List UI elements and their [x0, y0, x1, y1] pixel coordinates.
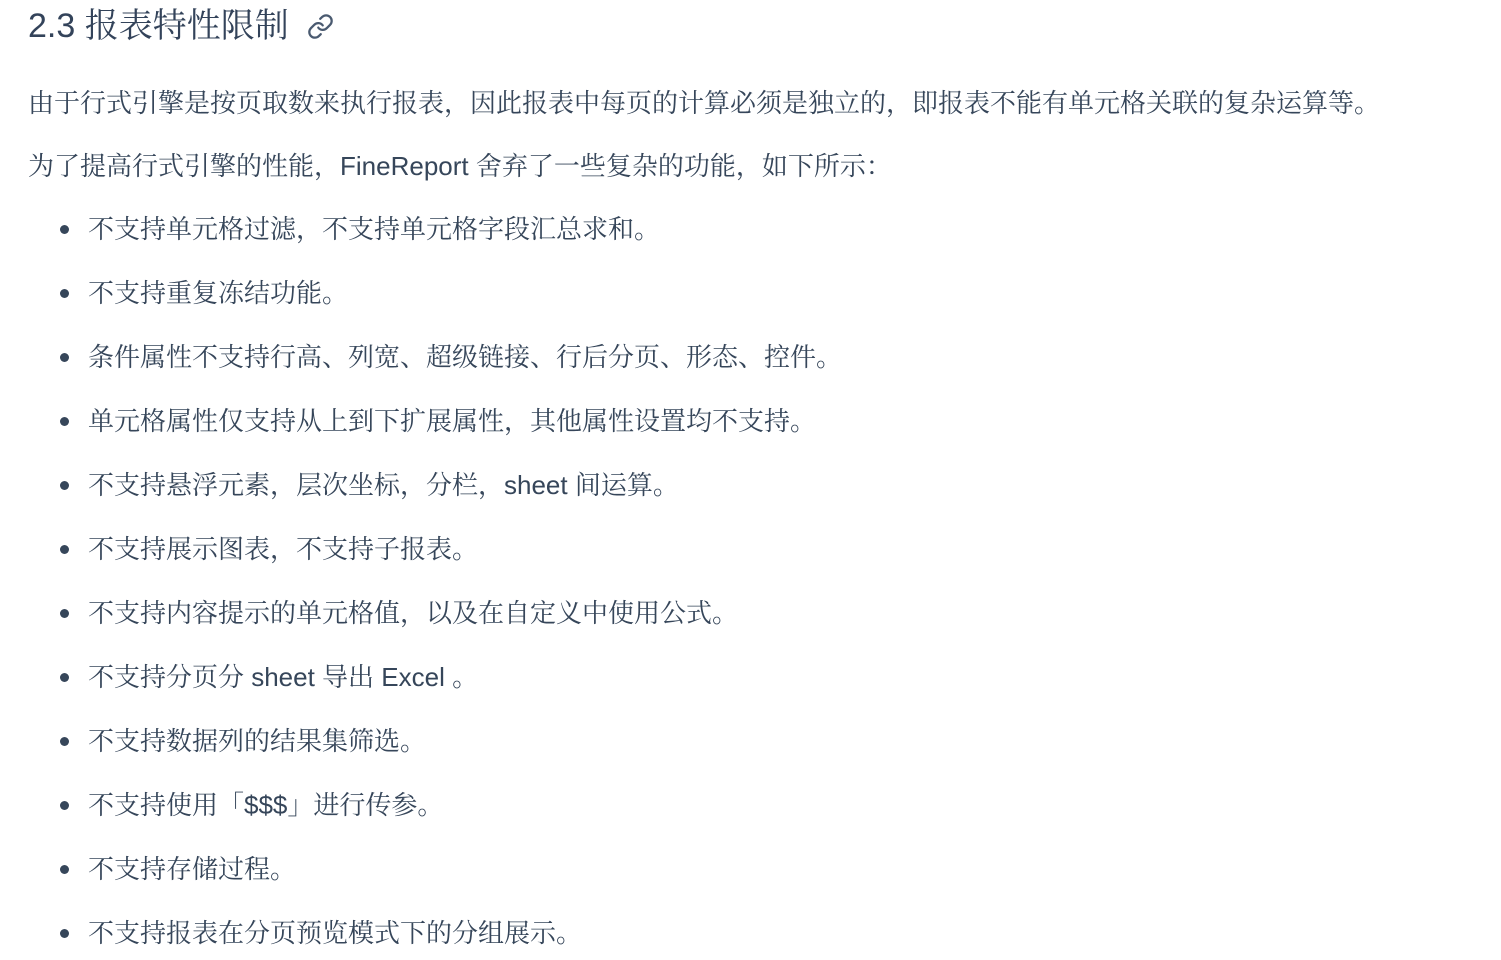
- list-item: 不支持展示图表，不支持子报表。: [28, 533, 1481, 565]
- list-item: 不支持重复冻结功能。: [28, 277, 1481, 309]
- heading-anchor-link[interactable]: [307, 13, 334, 40]
- intro-paragraph-1: 由于行式引擎是按页取数来执行报表，因此报表中每页的计算必须是独立的，即报表不能有…: [28, 87, 1481, 119]
- intro-paragraph-2: 为了提高行式引擎的性能，FineReport 舍弃了一些复杂的功能，如下所示：: [28, 150, 1481, 182]
- section-heading-text: 2.3 报表特性限制: [28, 2, 289, 50]
- list-item: 不支持悬浮元素，层次坐标，分栏，sheet 间运算。: [28, 469, 1481, 501]
- section-heading: 2.3 报表特性限制: [28, 2, 1481, 50]
- list-item: 条件属性不支持行高、列宽、超级链接、行后分页、形态、控件。: [28, 341, 1481, 373]
- list-item: 不支持分页分 sheet 导出 Excel 。: [28, 661, 1481, 693]
- limitations-list: 不支持单元格过滤，不支持单元格字段汇总求和。 不支持重复冻结功能。 条件属性不支…: [28, 213, 1481, 949]
- list-item: 不支持内容提示的单元格值，以及在自定义中使用公式。: [28, 597, 1481, 629]
- link-icon: [307, 13, 334, 40]
- list-item: 不支持报表在分页预览模式下的分组展示。: [28, 917, 1481, 949]
- doc-page: 2.3 报表特性限制 由于行式引擎是按页取数来执行报表，因此报表中每页的计算必须…: [0, 0, 1501, 960]
- list-item: 不支持存储过程。: [28, 853, 1481, 885]
- list-item: 不支持单元格过滤，不支持单元格字段汇总求和。: [28, 213, 1481, 245]
- list-item: 不支持使用「$$$」进行传参。: [28, 789, 1481, 821]
- list-item: 不支持数据列的结果集筛选。: [28, 725, 1481, 757]
- list-item: 单元格属性仅支持从上到下扩展属性，其他属性设置均不支持。: [28, 405, 1481, 437]
